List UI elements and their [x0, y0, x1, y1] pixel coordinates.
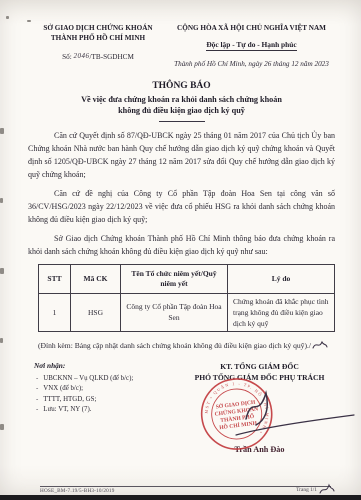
- recipient-item: UBCKNN – Vụ QLKD (để b/c);: [36, 374, 184, 385]
- document-header: SỞ GIAO DỊCH CHỨNG KHOÁN THÀNH PHỐ HỒ CH…: [28, 24, 335, 68]
- signer-title-line1: KT. TỔNG GIÁM ĐỐC: [184, 361, 335, 372]
- attachment-note-text: (Đính kèm: Bảng cập nhật danh sách chứng…: [38, 341, 311, 350]
- scan-artifact: [0, 268, 4, 274]
- handwritten-initials: [312, 340, 328, 352]
- page-number: Trang 1/1: [296, 487, 317, 493]
- issuer-name-line1: SỞ GIAO DỊCH CHỨNG KHOÁN: [28, 24, 168, 34]
- signature-block: KT. TỔNG GIÁM ĐỐC PHÓ TỔNG GIÁM ĐỐC PHỤ …: [184, 361, 335, 454]
- document-content: SỞ GIAO DỊCH CHỨNG KHOÁN THÀNH PHỐ HỒ CH…: [28, 24, 335, 454]
- securities-table: STT Mã CK Tên Tổ chức niêm yết/Quỹ niêm …: [38, 264, 335, 332]
- title-block: THÔNG BÁO Về việc đưa chứng khoán ra khỏ…: [28, 81, 335, 122]
- form-code: HOSE_BM-7.19/5-BH3-10/2019: [40, 488, 115, 494]
- paragraph-legal-basis-1: Căn cứ Quyết định số 87/QĐ-UBCK ngày 25 …: [28, 129, 335, 181]
- closing-section: Nơi nhận: UBCKNN – Vụ QLKD (để b/c); VNX…: [28, 361, 335, 454]
- col-header-ticker: Mã CK: [71, 264, 121, 293]
- scan-edge-bar: [0, 495, 361, 500]
- seal-zone: MST • QUẬN 1 - TP. HỒ CHÍ MINH • SỞ GIAO…: [184, 383, 335, 445]
- recipients-block: Nơi nhận: UBCKNN – Vụ QLKD (để b/c); VNX…: [34, 361, 184, 454]
- table-row: 1 HSG Công ty Cổ phần Tập đoàn Hoa Sen C…: [39, 293, 335, 331]
- recipients-label: Nơi nhận:: [34, 361, 184, 370]
- cell-org-name: Công ty Cổ phần Tập đoàn Hoa Sen: [121, 293, 228, 331]
- paragraph-announcement: Sở Giao dịch Chứng khoán Thành phố Hồ Ch…: [28, 232, 335, 258]
- dateline: Thành phố Hồ Chí Minh, ngày 26 tháng 12 …: [168, 60, 335, 68]
- recipients-list: UBCKNN – Vụ QLKD (để b/c); VNX (để b/c);…: [36, 374, 184, 416]
- col-header-org-name: Tên Tổ chức niêm yết/Quỹ niêm yết: [121, 264, 228, 293]
- title-divider: [159, 121, 205, 122]
- national-motto-line2: Độc lập - Tự do - Hạnh phúc: [206, 40, 296, 51]
- issuer-block: SỞ GIAO DỊCH CHỨNG KHOÁN THÀNH PHỐ HỒ CH…: [28, 24, 168, 68]
- issuer-name-line2: THÀNH PHỐ HỒ CHÍ MINH: [28, 34, 168, 44]
- scan-artifact: [0, 128, 4, 134]
- paragraph-legal-basis-2: Căn cứ đề nghị của Công ty Cổ phần Tập đ…: [28, 187, 335, 226]
- document-number: Số: 2046/TB-SGDHCM: [28, 53, 168, 61]
- cell-stt: 1: [39, 293, 71, 331]
- national-header-block: CỘNG HÒA XÃ HỘI CHỦ NGHĨA VIỆT NAM Độc l…: [168, 24, 335, 68]
- footer-divider: [40, 486, 331, 487]
- attachment-note: (Đính kèm: Bảng cập nhật danh sách chứng…: [38, 340, 335, 352]
- scan-artifact: [0, 338, 3, 343]
- document-body: Căn cứ Quyết định số 87/QĐ-UBCK ngày 25 …: [28, 129, 335, 258]
- document-number-handwritten: 2046: [74, 52, 90, 60]
- national-motto-line1: CỘNG HÒA XÃ HỘI CHỦ NGHĨA VIỆT NAM: [168, 24, 335, 34]
- document-number-suffix: /TB-SGDHCM: [90, 53, 134, 61]
- recipient-item: Lưu: VT, NY (7).: [36, 405, 184, 416]
- document-subtitle: Về việc đưa chứng khoán ra khỏi danh sác…: [28, 94, 335, 117]
- handwritten-signature: [232, 385, 360, 448]
- scan-artifact: [27, 20, 31, 22]
- subtitle-line1: Về việc đưa chứng khoán ra khỏi danh sác…: [28, 94, 335, 106]
- recipient-item: TTTT, HTGD, GS;: [36, 395, 184, 406]
- scan-artifact: [0, 198, 3, 203]
- table-header-row: STT Mã CK Tên Tổ chức niêm yết/Quỹ niêm …: [39, 264, 335, 293]
- cell-reason: Chứng khoán đã khắc phục tình trạng khôn…: [228, 293, 335, 331]
- document-page: SỞ GIAO DỊCH CHỨNG KHOÁN THÀNH PHỐ HỒ CH…: [0, 0, 361, 500]
- subtitle-line2: không đủ điều kiện giao dịch ký quỹ: [28, 105, 335, 117]
- col-header-stt: STT: [39, 264, 71, 293]
- col-header-reason: Lý do: [228, 264, 335, 293]
- scan-artifact: [0, 424, 4, 430]
- scan-artifact: [6, 16, 9, 19]
- document-number-label: Số:: [62, 53, 72, 61]
- document-title: THÔNG BÁO: [28, 81, 335, 91]
- recipient-item: VNX (để b/c);: [36, 384, 184, 395]
- cell-ticker: HSG: [71, 293, 121, 331]
- table-header: STT Mã CK Tên Tổ chức niêm yết/Quỹ niêm …: [39, 264, 335, 293]
